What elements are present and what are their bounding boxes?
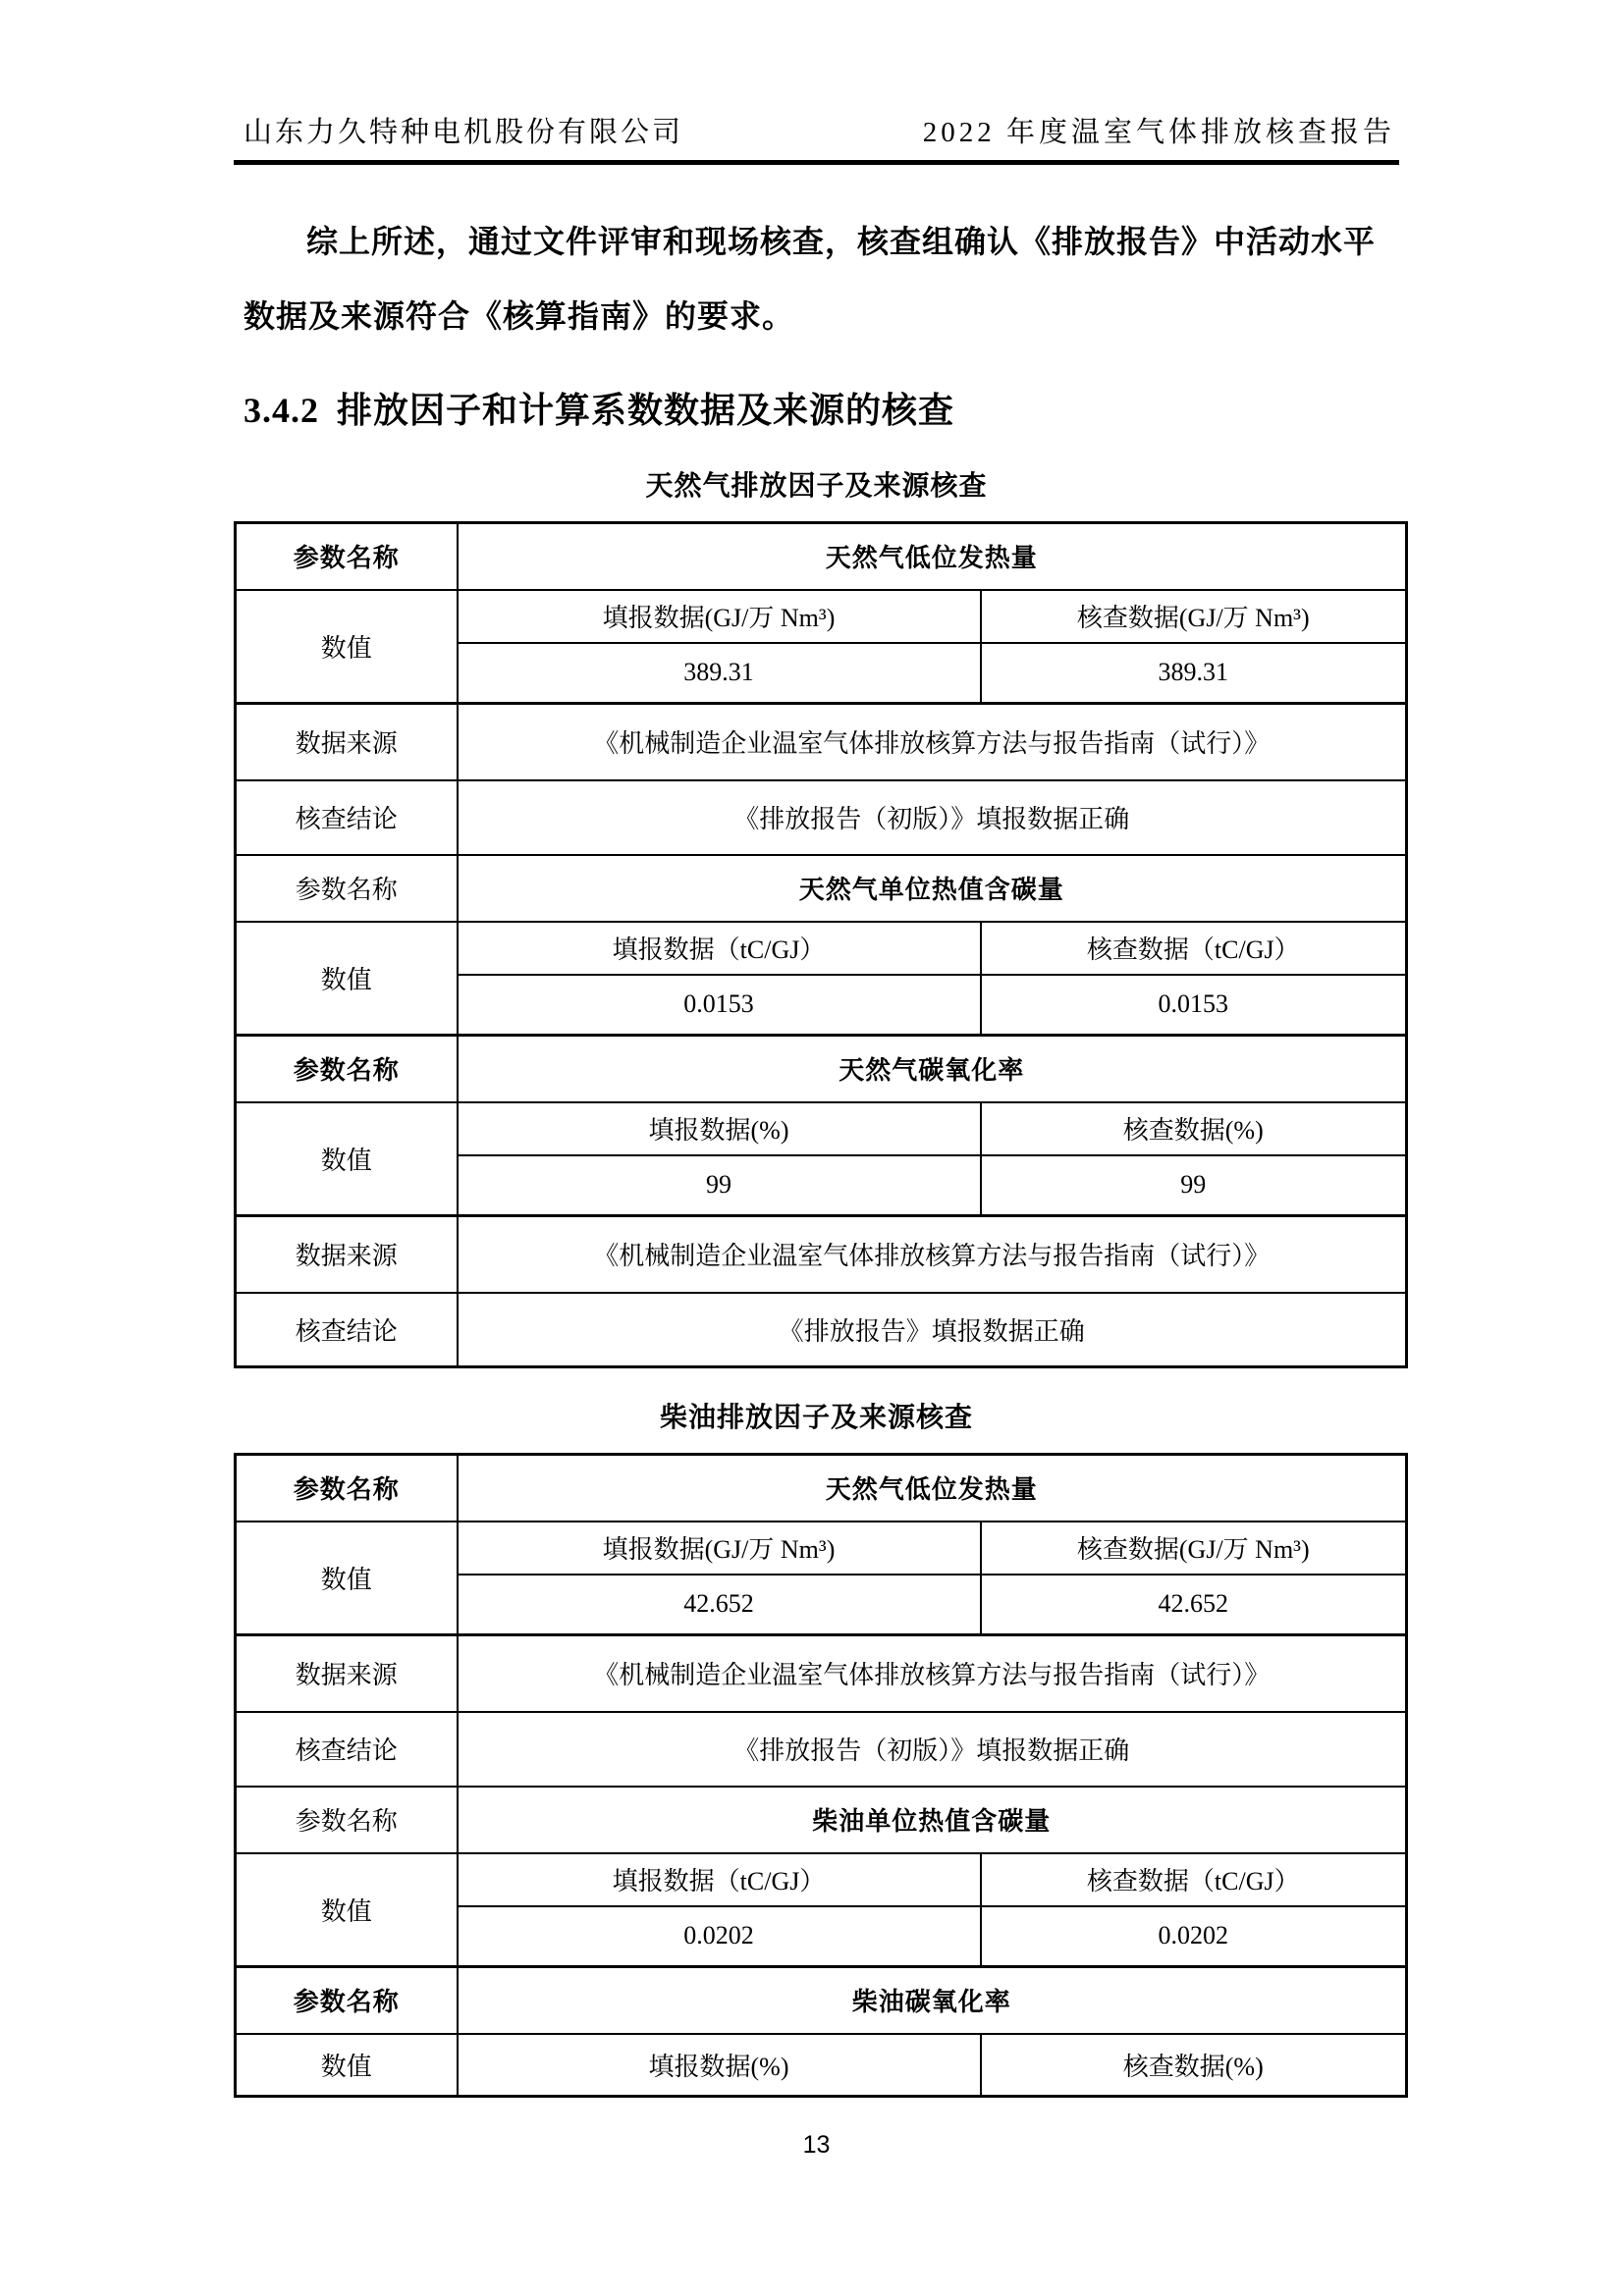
table-row: 数据来源 《机械制造企业温室气体排放核算方法与报告指南（试行）》 xyxy=(236,1216,1407,1293)
header-report-title: 2022 年度温室气体排放核查报告 xyxy=(923,110,1395,150)
section-heading: 3.4.2排放因子和计算系数数据及来源的核查 xyxy=(244,383,1399,433)
value-label-cell: 数值 xyxy=(236,922,458,1036)
table-row: 参数名称 天然气单位热值含碳量 xyxy=(236,855,1407,922)
verified-header-cell: 核查数据(GJ/万 Nm³) xyxy=(981,1522,1407,1575)
param-label-cell: 参数名称 xyxy=(236,855,458,922)
table-row: 数值 填报数据(%) 核查数据(%) xyxy=(236,1102,1407,1155)
reported-header-cell: 填报数据(GJ/万 Nm³) xyxy=(458,590,981,643)
param-name-cell: 天然气单位热值含碳量 xyxy=(458,855,1407,922)
header-company-name: 山东力久特种电机股份有限公司 xyxy=(244,110,683,150)
value-label-cell: 数值 xyxy=(236,1522,458,1635)
reported-value-cell: 99 xyxy=(458,1155,981,1216)
reported-value-cell: 389.31 xyxy=(458,643,981,704)
param-name-cell: 柴油碳氧化率 xyxy=(458,1967,1407,2034)
natural-gas-factor-table: 参数名称 天然气低位发热量 数值 填报数据(GJ/万 Nm³) 核查数据(GJ/… xyxy=(234,521,1408,1368)
verified-header-cell: 核查数据(%) xyxy=(981,1102,1407,1155)
table-row: 数值 填报数据（tC/GJ） 核查数据（tC/GJ） xyxy=(236,1853,1407,1906)
param-name-cell: 柴油单位热值含碳量 xyxy=(458,1787,1407,1853)
source-cell: 《机械制造企业温室气体排放核算方法与报告指南（试行）》 xyxy=(458,704,1407,780)
table-row: 数值 填报数据（tC/GJ） 核查数据（tC/GJ） xyxy=(236,922,1407,975)
conclusion-cell: 《排放报告》填报数据正确 xyxy=(458,1293,1407,1367)
table-row: 数值 填报数据(GJ/万 Nm³) 核查数据(GJ/万 Nm³) xyxy=(236,1522,1407,1575)
value-label-cell: 数值 xyxy=(236,590,458,704)
table-row: 数据来源 《机械制造企业温室气体排放核算方法与报告指南（试行）》 xyxy=(236,1635,1407,1712)
value-label-cell: 数值 xyxy=(236,1102,458,1216)
table-row: 核查结论 《排放报告（初版）》填报数据正确 xyxy=(236,780,1407,855)
param-label-cell: 参数名称 xyxy=(236,523,458,590)
verified-value-cell: 0.0202 xyxy=(981,1906,1407,1967)
verified-header-cell: 核查数据（tC/GJ） xyxy=(981,1853,1407,1906)
reported-header-cell: 填报数据(%) xyxy=(458,2034,981,2097)
verified-value-cell: 99 xyxy=(981,1155,1407,1216)
conclusion-cell: 《排放报告（初版）》填报数据正确 xyxy=(458,780,1407,855)
verified-header-cell: 核查数据(%) xyxy=(981,2034,1407,2097)
verified-header-cell: 核查数据(GJ/万 Nm³) xyxy=(981,590,1407,643)
table-row: 核查结论 《排放报告（初版）》填报数据正确 xyxy=(236,1712,1407,1787)
conclusion-cell: 《排放报告（初版）》填报数据正确 xyxy=(458,1712,1407,1787)
running-header: 山东力久特种电机股份有限公司 2022 年度温室气体排放核查报告 xyxy=(234,110,1399,165)
param-name-cell: 天然气低位发热量 xyxy=(458,1455,1407,1522)
table-row: 数值 填报数据(GJ/万 Nm³) 核查数据(GJ/万 Nm³) xyxy=(236,590,1407,643)
value-label-cell: 数值 xyxy=(236,2034,458,2097)
verified-header-cell: 核查数据（tC/GJ） xyxy=(981,922,1407,975)
param-label-cell: 参数名称 xyxy=(236,1787,458,1853)
reported-value-cell: 0.0153 xyxy=(458,975,981,1036)
verified-value-cell: 42.652 xyxy=(981,1575,1407,1635)
reported-header-cell: 填报数据（tC/GJ） xyxy=(458,922,981,975)
verified-value-cell: 389.31 xyxy=(981,643,1407,704)
source-cell: 《机械制造企业温室气体排放核算方法与报告指南（试行）》 xyxy=(458,1216,1407,1293)
table-row: 参数名称 天然气碳氧化率 xyxy=(236,1036,1407,1102)
source-cell: 《机械制造企业温室气体排放核算方法与报告指南（试行）》 xyxy=(458,1635,1407,1712)
param-name-cell: 天然气碳氧化率 xyxy=(458,1036,1407,1102)
table-row: 参数名称 柴油碳氧化率 xyxy=(236,1967,1407,2034)
reported-header-cell: 填报数据（tC/GJ） xyxy=(458,1853,981,1906)
param-label-cell: 参数名称 xyxy=(236,1455,458,1522)
table-row: 参数名称 天然气低位发热量 xyxy=(236,523,1407,590)
table-row: 数据来源 《机械制造企业温室气体排放核算方法与报告指南（试行）》 xyxy=(236,704,1407,780)
conclusion-label-cell: 核查结论 xyxy=(236,780,458,855)
page-number: 13 xyxy=(234,2131,1399,2160)
table-row: 数值 填报数据(%) 核查数据(%) xyxy=(236,2034,1407,2097)
param-name-cell: 天然气低位发热量 xyxy=(458,523,1407,590)
conclusion-label-cell: 核查结论 xyxy=(236,1293,458,1367)
intro-paragraph: 综上所述，通过文件评审和现场核查，核查组确认《排放报告》中活动水平数据及来源符合… xyxy=(244,204,1399,353)
source-label-cell: 数据来源 xyxy=(236,1216,458,1293)
table-row: 核查结论 《排放报告》填报数据正确 xyxy=(236,1293,1407,1367)
reported-header-cell: 填报数据(%) xyxy=(458,1102,981,1155)
document-page: 山东力久特种电机股份有限公司 2022 年度温室气体排放核查报告 综上所述，通过… xyxy=(0,0,1624,2160)
param-label-cell: 参数名称 xyxy=(236,1036,458,1102)
verified-value-cell: 0.0153 xyxy=(981,975,1407,1036)
reported-value-cell: 0.0202 xyxy=(458,1906,981,1967)
reported-header-cell: 填报数据(GJ/万 Nm³) xyxy=(458,1522,981,1575)
section-number: 3.4.2 xyxy=(244,391,319,430)
section-title: 排放因子和计算系数数据及来源的核查 xyxy=(337,390,954,430)
table-row: 参数名称 柴油单位热值含碳量 xyxy=(236,1787,1407,1853)
table-row: 参数名称 天然气低位发热量 xyxy=(236,1455,1407,1522)
source-label-cell: 数据来源 xyxy=(236,1635,458,1712)
param-label-cell: 参数名称 xyxy=(236,1967,458,2034)
value-label-cell: 数值 xyxy=(236,1853,458,1967)
conclusion-label-cell: 核查结论 xyxy=(236,1712,458,1787)
source-label-cell: 数据来源 xyxy=(236,704,458,780)
reported-value-cell: 42.652 xyxy=(458,1575,981,1635)
table1-caption: 天然气排放因子及来源核查 xyxy=(234,464,1399,504)
table2-caption: 柴油排放因子及来源核查 xyxy=(234,1396,1399,1435)
diesel-factor-table: 参数名称 天然气低位发热量 数值 填报数据(GJ/万 Nm³) 核查数据(GJ/… xyxy=(234,1453,1408,2098)
